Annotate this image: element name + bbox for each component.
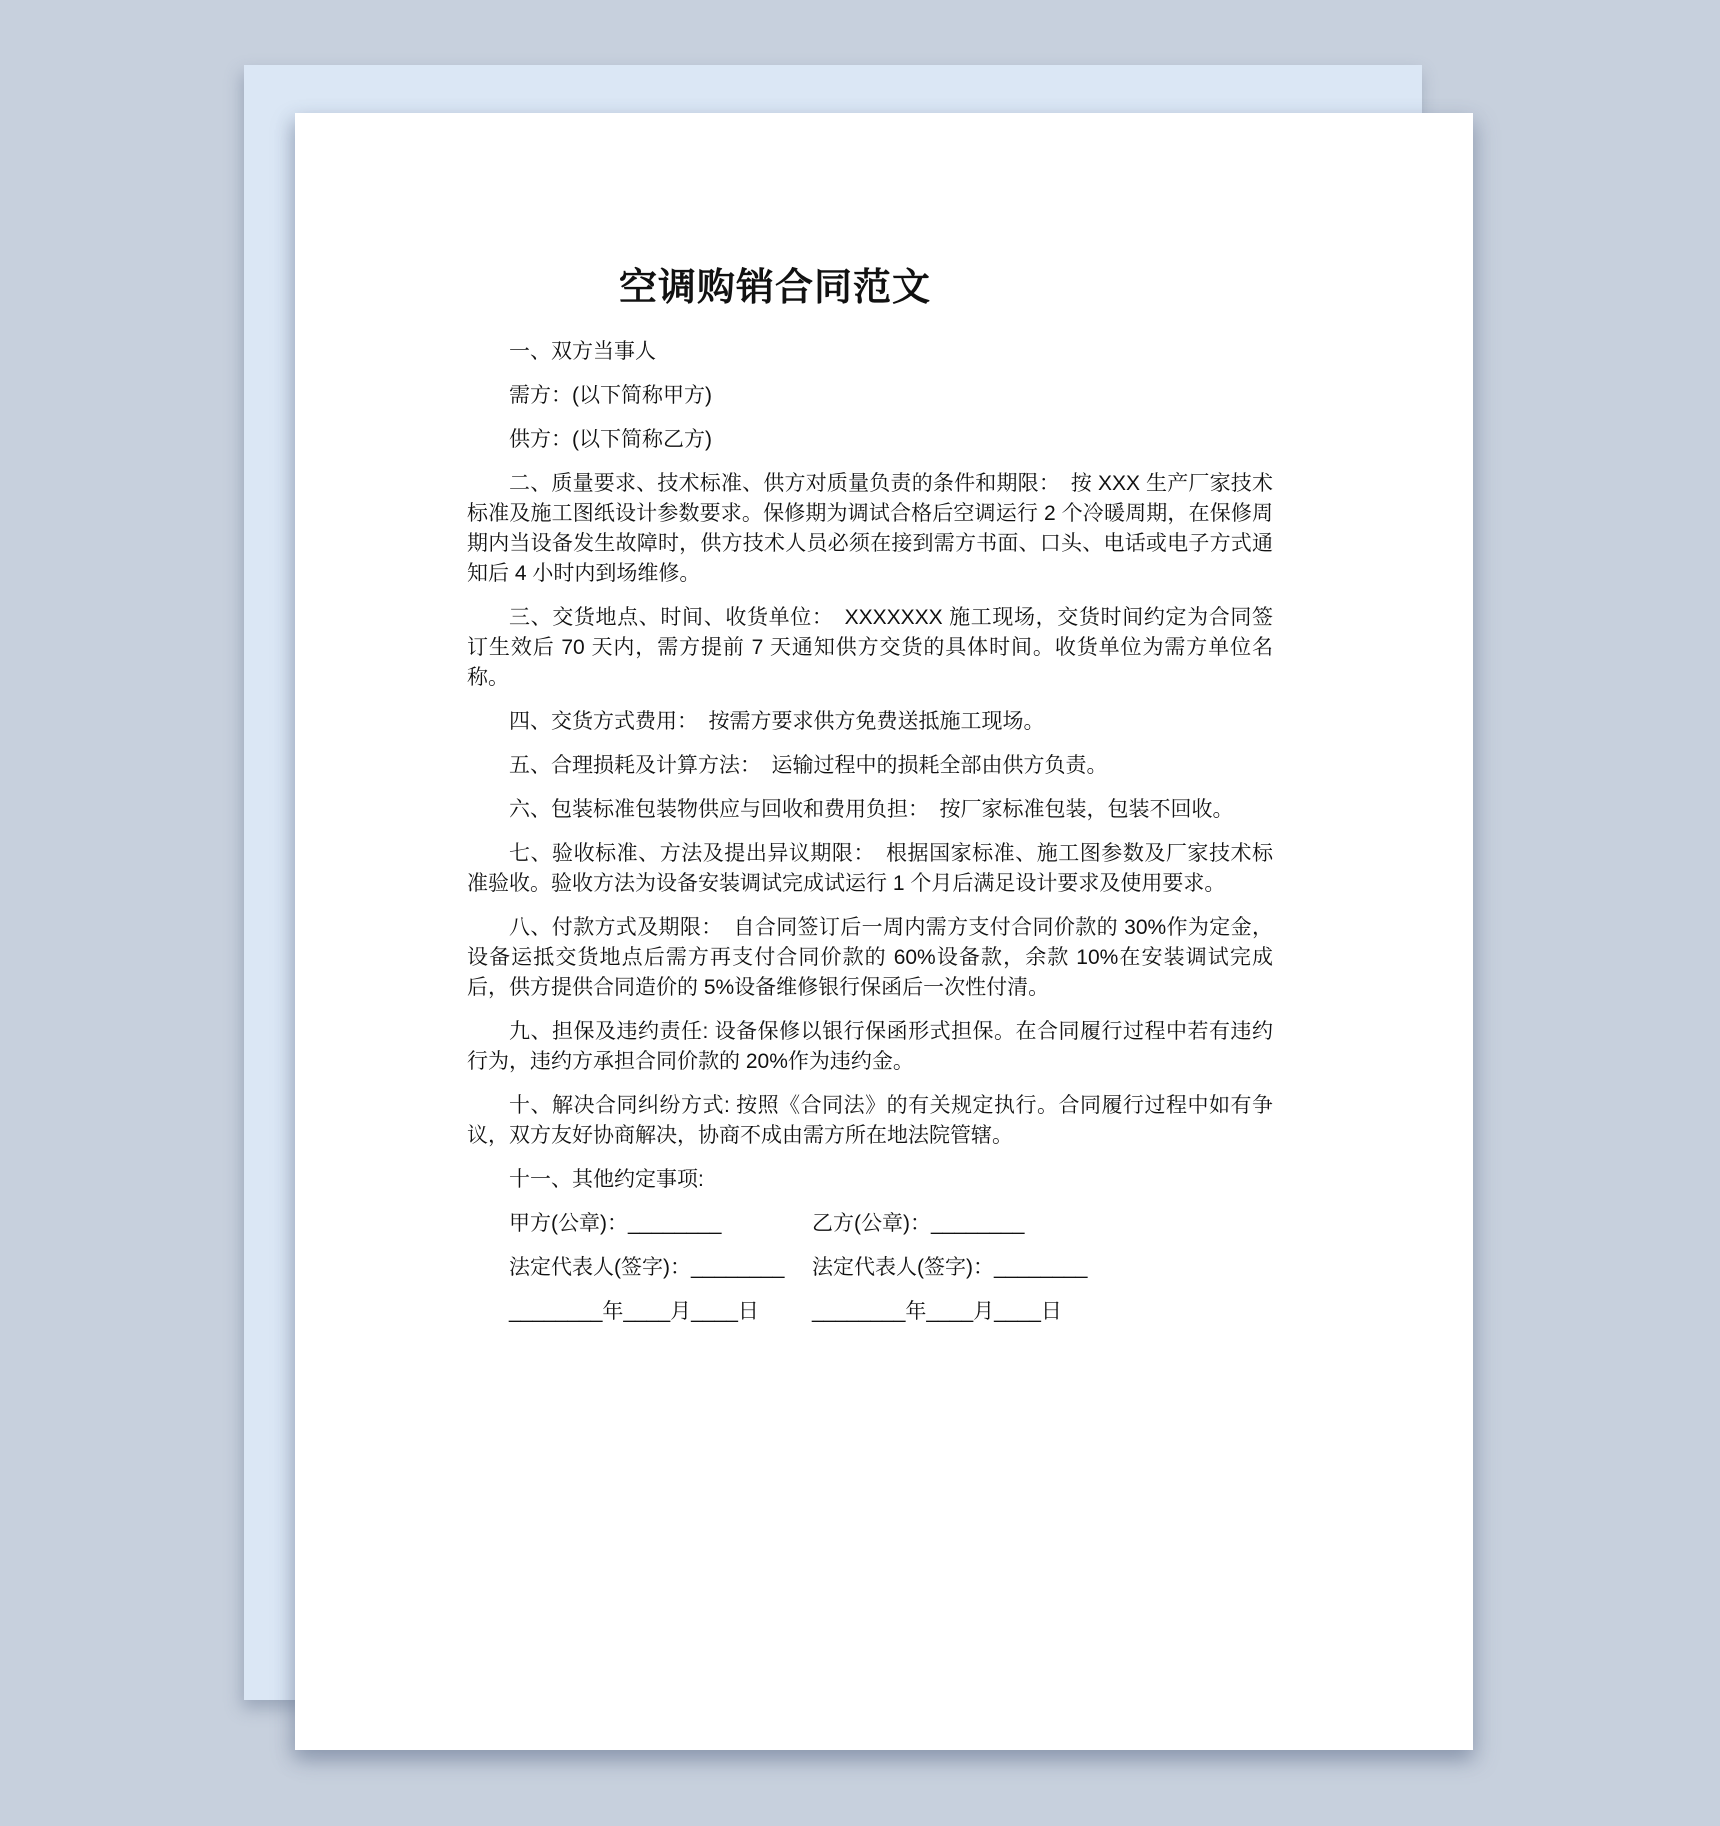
party-b-seal-line: 乙方(公章)：________ xyxy=(812,1209,1024,1239)
clause-9-warranty: 九、担保及违约责任: 设备保修以银行保函形式担保。在合同履行过程中若有违约行为，… xyxy=(467,1017,1273,1077)
clause-1-parties: 一、双方当事人 xyxy=(467,337,1273,367)
document-title: 空调购销合同范文 xyxy=(372,265,1178,311)
party-a-date-line: ________年____月____日 xyxy=(467,1297,812,1327)
signature-row-date: ________年____月____日 ________年____月____日 xyxy=(467,1297,1273,1327)
clause-supplier: 供方：(以下简称乙方) xyxy=(467,425,1273,455)
signature-block: 甲方(公章)：________ 乙方(公章)：________ 法定代表人(签字… xyxy=(467,1209,1273,1327)
clause-11-other: 十一、其他约定事项: xyxy=(467,1165,1273,1195)
party-a-representative-line: 法定代表人(签字)：________ xyxy=(467,1253,812,1283)
signature-row-seal: 甲方(公章)：________ 乙方(公章)：________ xyxy=(467,1209,1273,1239)
clause-demander: 需方：(以下简称甲方) xyxy=(467,381,1273,411)
contract-page: 空调购销合同范文 一、双方当事人 需方：(以下简称甲方) 供方：(以下简称乙方)… xyxy=(295,113,1473,1750)
clause-8-payment: 八、付款方式及期限： 自合同签订后一周内需方支付合同价款的 30%作为定金，设备… xyxy=(467,913,1273,1003)
clause-10-dispute: 十、解决合同纠纷方式: 按照《合同法》的有关规定执行。合同履行过程中如有争议，双… xyxy=(467,1091,1273,1151)
clause-5-loss: 五、合理损耗及计算方法： 运输过程中的损耗全部由供方负责。 xyxy=(467,751,1273,781)
clause-6-packaging: 六、包装标准包装物供应与回收和费用负担： 按厂家标准包装，包装不回收。 xyxy=(467,795,1273,825)
clause-3-delivery: 三、交货地点、时间、收货单位： XXXXXXX 施工现场，交货时间约定为合同签订… xyxy=(467,603,1273,693)
signature-row-representative: 法定代表人(签字)：________ 法定代表人(签字)：________ xyxy=(467,1253,1273,1283)
party-b-date-line: ________年____月____日 xyxy=(812,1297,1062,1327)
party-b-representative-line: 法定代表人(签字)：________ xyxy=(812,1253,1087,1283)
clause-4-delivery-fee: 四、交货方式费用： 按需方要求供方免费送抵施工现场。 xyxy=(467,707,1273,737)
clause-2-quality: 二、质量要求、技术标准、供方对质量负责的条件和期限： 按 XXX 生产厂家技术标… xyxy=(467,469,1273,589)
clause-7-acceptance: 七、验收标准、方法及提出异议期限： 根据国家标准、施工图参数及厂家技术标准验收。… xyxy=(467,839,1273,899)
party-a-seal-line: 甲方(公章)：________ xyxy=(467,1209,812,1239)
